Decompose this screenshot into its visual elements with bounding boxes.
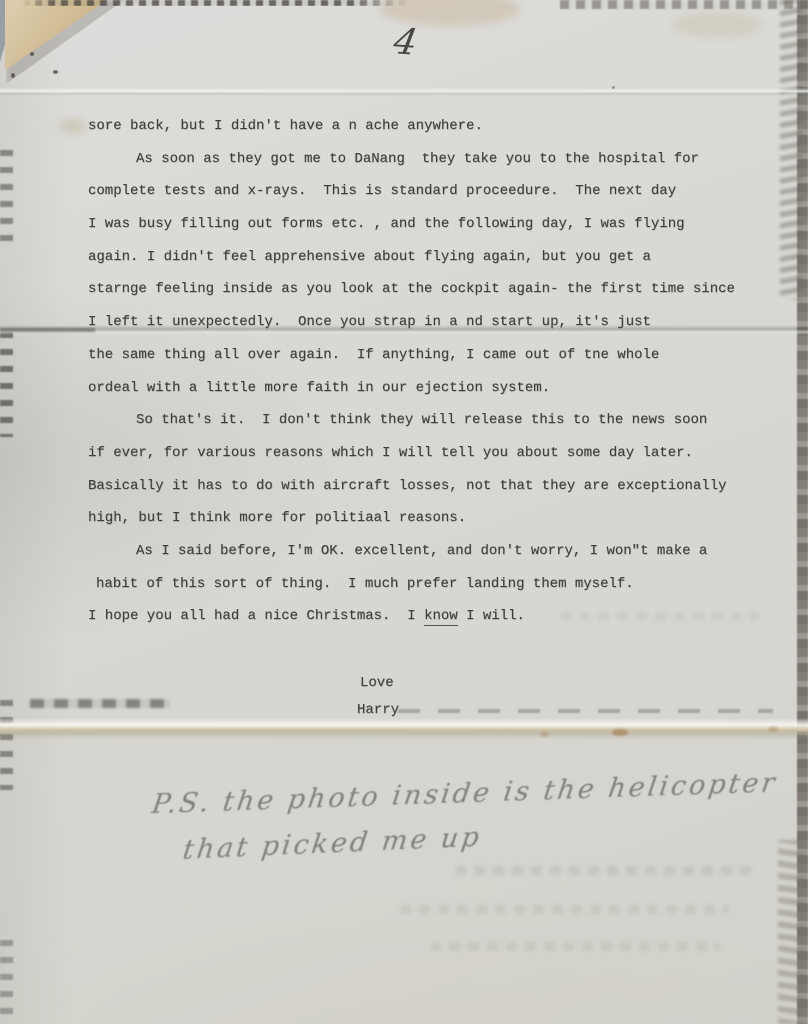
letter-line: So that's it. I don't think they will re… [88, 404, 768, 437]
letter-line: starnge feeling inside as you look at th… [88, 273, 768, 306]
top-edge-smudge [560, 0, 808, 9]
letter-line: I left it unexpectedly. Once you strap i… [88, 306, 768, 339]
right-edge-speckle [780, 0, 802, 300]
bleed-through-text [430, 942, 720, 951]
closing-love: Love [360, 675, 394, 691]
letter-line: I hope you all had a nice Christmas. I k… [88, 600, 768, 633]
left-edge-marks [0, 700, 13, 790]
letter-line: the same thing all over again. If anythi… [88, 339, 768, 372]
letter-line: habit of this sort of thing. I much pref… [88, 568, 768, 601]
paper-speck [612, 86, 615, 89]
handwritten-postscript-line1: P.S. the photo inside is the helicopter [150, 767, 780, 820]
letter-line: As soon as they got me to DaNang they ta… [88, 143, 768, 176]
left-edge-marks [0, 940, 13, 1015]
letter-line: high, but I think more for politiaal rea… [88, 502, 768, 535]
paper-speck [30, 52, 34, 56]
paper-stain [60, 118, 86, 134]
left-edge-marks [0, 332, 13, 437]
bleed-through-text [400, 905, 730, 914]
crease-stain [540, 732, 549, 737]
letter-page: 4 sore back, but I didn't have a n ache … [0, 0, 808, 1024]
letter-line: I was busy filling out forms etc. , and … [88, 208, 768, 241]
letter-line: again. I didn't feel apprehensive about … [88, 241, 768, 274]
letter-line: Basically it has to do with aircraft los… [88, 470, 768, 503]
bleed-through-text [455, 866, 755, 875]
page-number: 4 [390, 21, 420, 63]
paper-speck [11, 73, 15, 78]
paper-speck [53, 70, 58, 74]
left-edge-marks [0, 150, 13, 245]
typed-lines: sore back, but I didn't have a n ache an… [88, 110, 768, 633]
right-edge-speckle [778, 840, 804, 1024]
fold-crease [0, 88, 808, 96]
signature: Harry [357, 702, 399, 718]
ink-smudge [30, 699, 170, 708]
letter-line: if ever, for various reasons which I wil… [88, 437, 768, 470]
letter-line: complete tests and x-rays. This is stand… [88, 175, 768, 208]
letter-line: ordeal with a little more faith in our e… [88, 372, 768, 405]
handwritten-postscript-line2: that picked me up [181, 821, 484, 865]
paper-stain [672, 12, 762, 38]
letter-line: sore back, but I didn't have a n ache an… [88, 110, 768, 143]
letter-line: As I said before, I'm OK. excellent, and… [88, 535, 768, 568]
crease-stain [612, 729, 628, 736]
fold-crease [0, 718, 808, 740]
ink-smear [398, 709, 773, 713]
crease-stain [768, 726, 778, 732]
top-edge-smudge [22, 0, 412, 6]
